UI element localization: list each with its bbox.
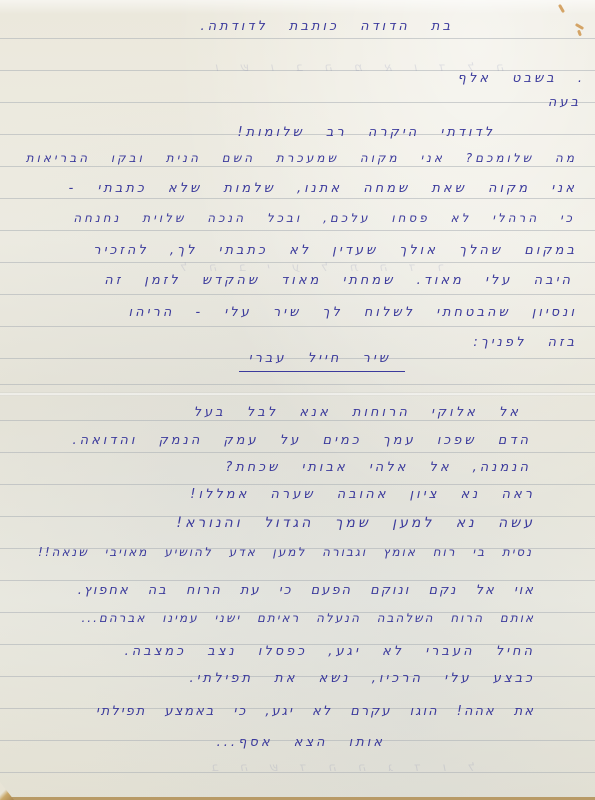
poem-line: אותם הרוח השלהבה הנעלה ראיתם ישני עמינו …: [81, 612, 535, 624]
place-line: בעה: [548, 96, 581, 109]
ruled-line: [0, 38, 595, 39]
letter-line: אני מקוה שאת שמחה אתנו, שלמות שלא כתבתי …: [69, 182, 577, 195]
ruled-line: [0, 102, 595, 103]
ruled-line: [0, 166, 595, 167]
ruled-line: [0, 384, 595, 385]
bleed-through-text: ל ה ב י ע ל ת ה ד ר: [178, 260, 445, 274]
ruled-line: [0, 580, 595, 581]
greeting: לדודתי היקרה רב שלומות!: [237, 126, 495, 139]
bleed-through-text: ב ה ש ד ה ה ג ד ו ל: [209, 760, 475, 774]
ruled-line: [0, 198, 595, 199]
ruled-line: [0, 326, 595, 327]
letter-line: כי הרהלי לא פסחו עלכם, ובכל הנכה שלוית נ…: [73, 212, 575, 224]
poem-line: את אהה! הוגו עקרם לא יגע, כי באמצע תפילת…: [96, 705, 535, 718]
poem-title: שיר חייל עברי: [239, 352, 405, 372]
poem-line: עשה נא למען שמך הגדול והנורא!: [176, 516, 535, 530]
ruled-line: [0, 484, 595, 485]
paper-highlight: [0, 0, 595, 14]
ruled-line: [0, 420, 595, 421]
letter-line: מה שלומכם? אני מקוה שמעכרת השם הנית ובקו…: [26, 152, 577, 164]
poem-line: אוי אל נקם ונוקם הפעם כי עת הרוח בה אחפו…: [78, 584, 535, 597]
letter-heading: בת הדודה כותבת לדודתה.: [201, 20, 454, 33]
poem-line: הנמנה, אל אלהי אבותי שכחת?: [225, 461, 531, 474]
poem-line: כבצע עלי הרכיו, נשא את תפילתי.: [189, 672, 535, 685]
ruled-line: [0, 294, 595, 295]
ruled-line: [0, 452, 595, 453]
letter-line: היבה עלי מאוד. שמחתי מאוד שהקדש לזמן זה: [104, 274, 573, 287]
paper-fold: [0, 392, 595, 396]
poem-line: הדם שפכו עמך כמים על עמק הנמק והדואה.: [72, 434, 531, 447]
letter-line: במקום שהלך אולך שעדין לא כתבתי לך, להזכי…: [93, 244, 577, 257]
letter-page: ו ש ו ב ה מ א ו ד ל ה ל ה ב י ע ל ת ה ד …: [0, 0, 595, 800]
letter-line: ונסיון שהבטחתי לשלוח לך שיר עלי - הריהו: [129, 306, 577, 319]
poem-closing: אותו הצא אסף...: [217, 736, 385, 749]
poem-line: ראה נא ציון אהובה שערה אמללו!: [190, 488, 535, 501]
date-line: . בשבט אלף: [458, 72, 585, 85]
rust-stain: [577, 30, 582, 37]
poem-line: אל אלוקי הרוחות אנא לבל בעל: [194, 406, 521, 419]
ruled-line: [0, 230, 595, 231]
poem-line: החיל העברי לא יגע, כפסלו נצב כמצבה.: [125, 645, 535, 658]
poem-line: נסית בי רוח אומץ וגבורה למען אדע להושיע …: [38, 546, 533, 558]
letter-line: בזה לפניך:: [473, 336, 577, 349]
